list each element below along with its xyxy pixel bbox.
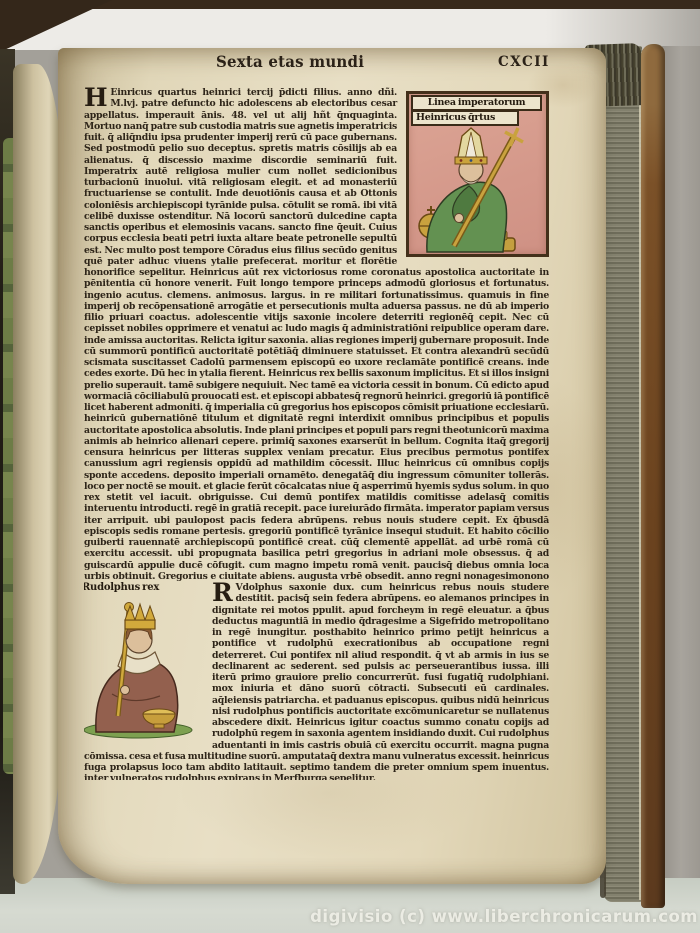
paragraph-heinricus: Linea imperatorum Heinricus q̄rtus (84, 87, 549, 582)
photo-topleft-shadow (0, 0, 112, 52)
photo-right-background (662, 46, 700, 908)
drop-cap-initial: H (84, 87, 110, 108)
emperor-woodcut-image (409, 126, 546, 254)
folio-number: CXCII (498, 54, 550, 70)
drop-cap-initial: R (212, 582, 236, 603)
book-cover-board (641, 44, 665, 908)
watermark-text: digivisio (c) www.liberchronicarum.com (310, 907, 698, 926)
page-header-title: Sexta etas mundi (216, 53, 364, 72)
caption-heinricus-quartus: Heinricus q̄rtus (411, 110, 519, 126)
paragraph-rudolphus: Rudolphus rex (84, 582, 549, 780)
manuscript-page: Sexta etas mundi CXCII Linea imperatorum… (58, 48, 606, 884)
text-column: Linea imperatorum Heinricus q̄rtus (84, 87, 549, 780)
rudolphus-woodcut-image (84, 594, 200, 740)
page-block-fore-edge (604, 46, 642, 902)
book-photograph: Sexta etas mundi CXCII Linea imperatorum… (0, 0, 700, 933)
caption-rudolphus-rex: Rudolphus rex (84, 582, 204, 593)
caption-linea-imperatorum: Linea imperatorum (411, 95, 542, 111)
woodcut-rudolphus-block: Rudolphus rex (84, 582, 204, 742)
woodcut-emperor-frame: Linea imperatorum Heinricus q̄rtus (406, 91, 549, 257)
